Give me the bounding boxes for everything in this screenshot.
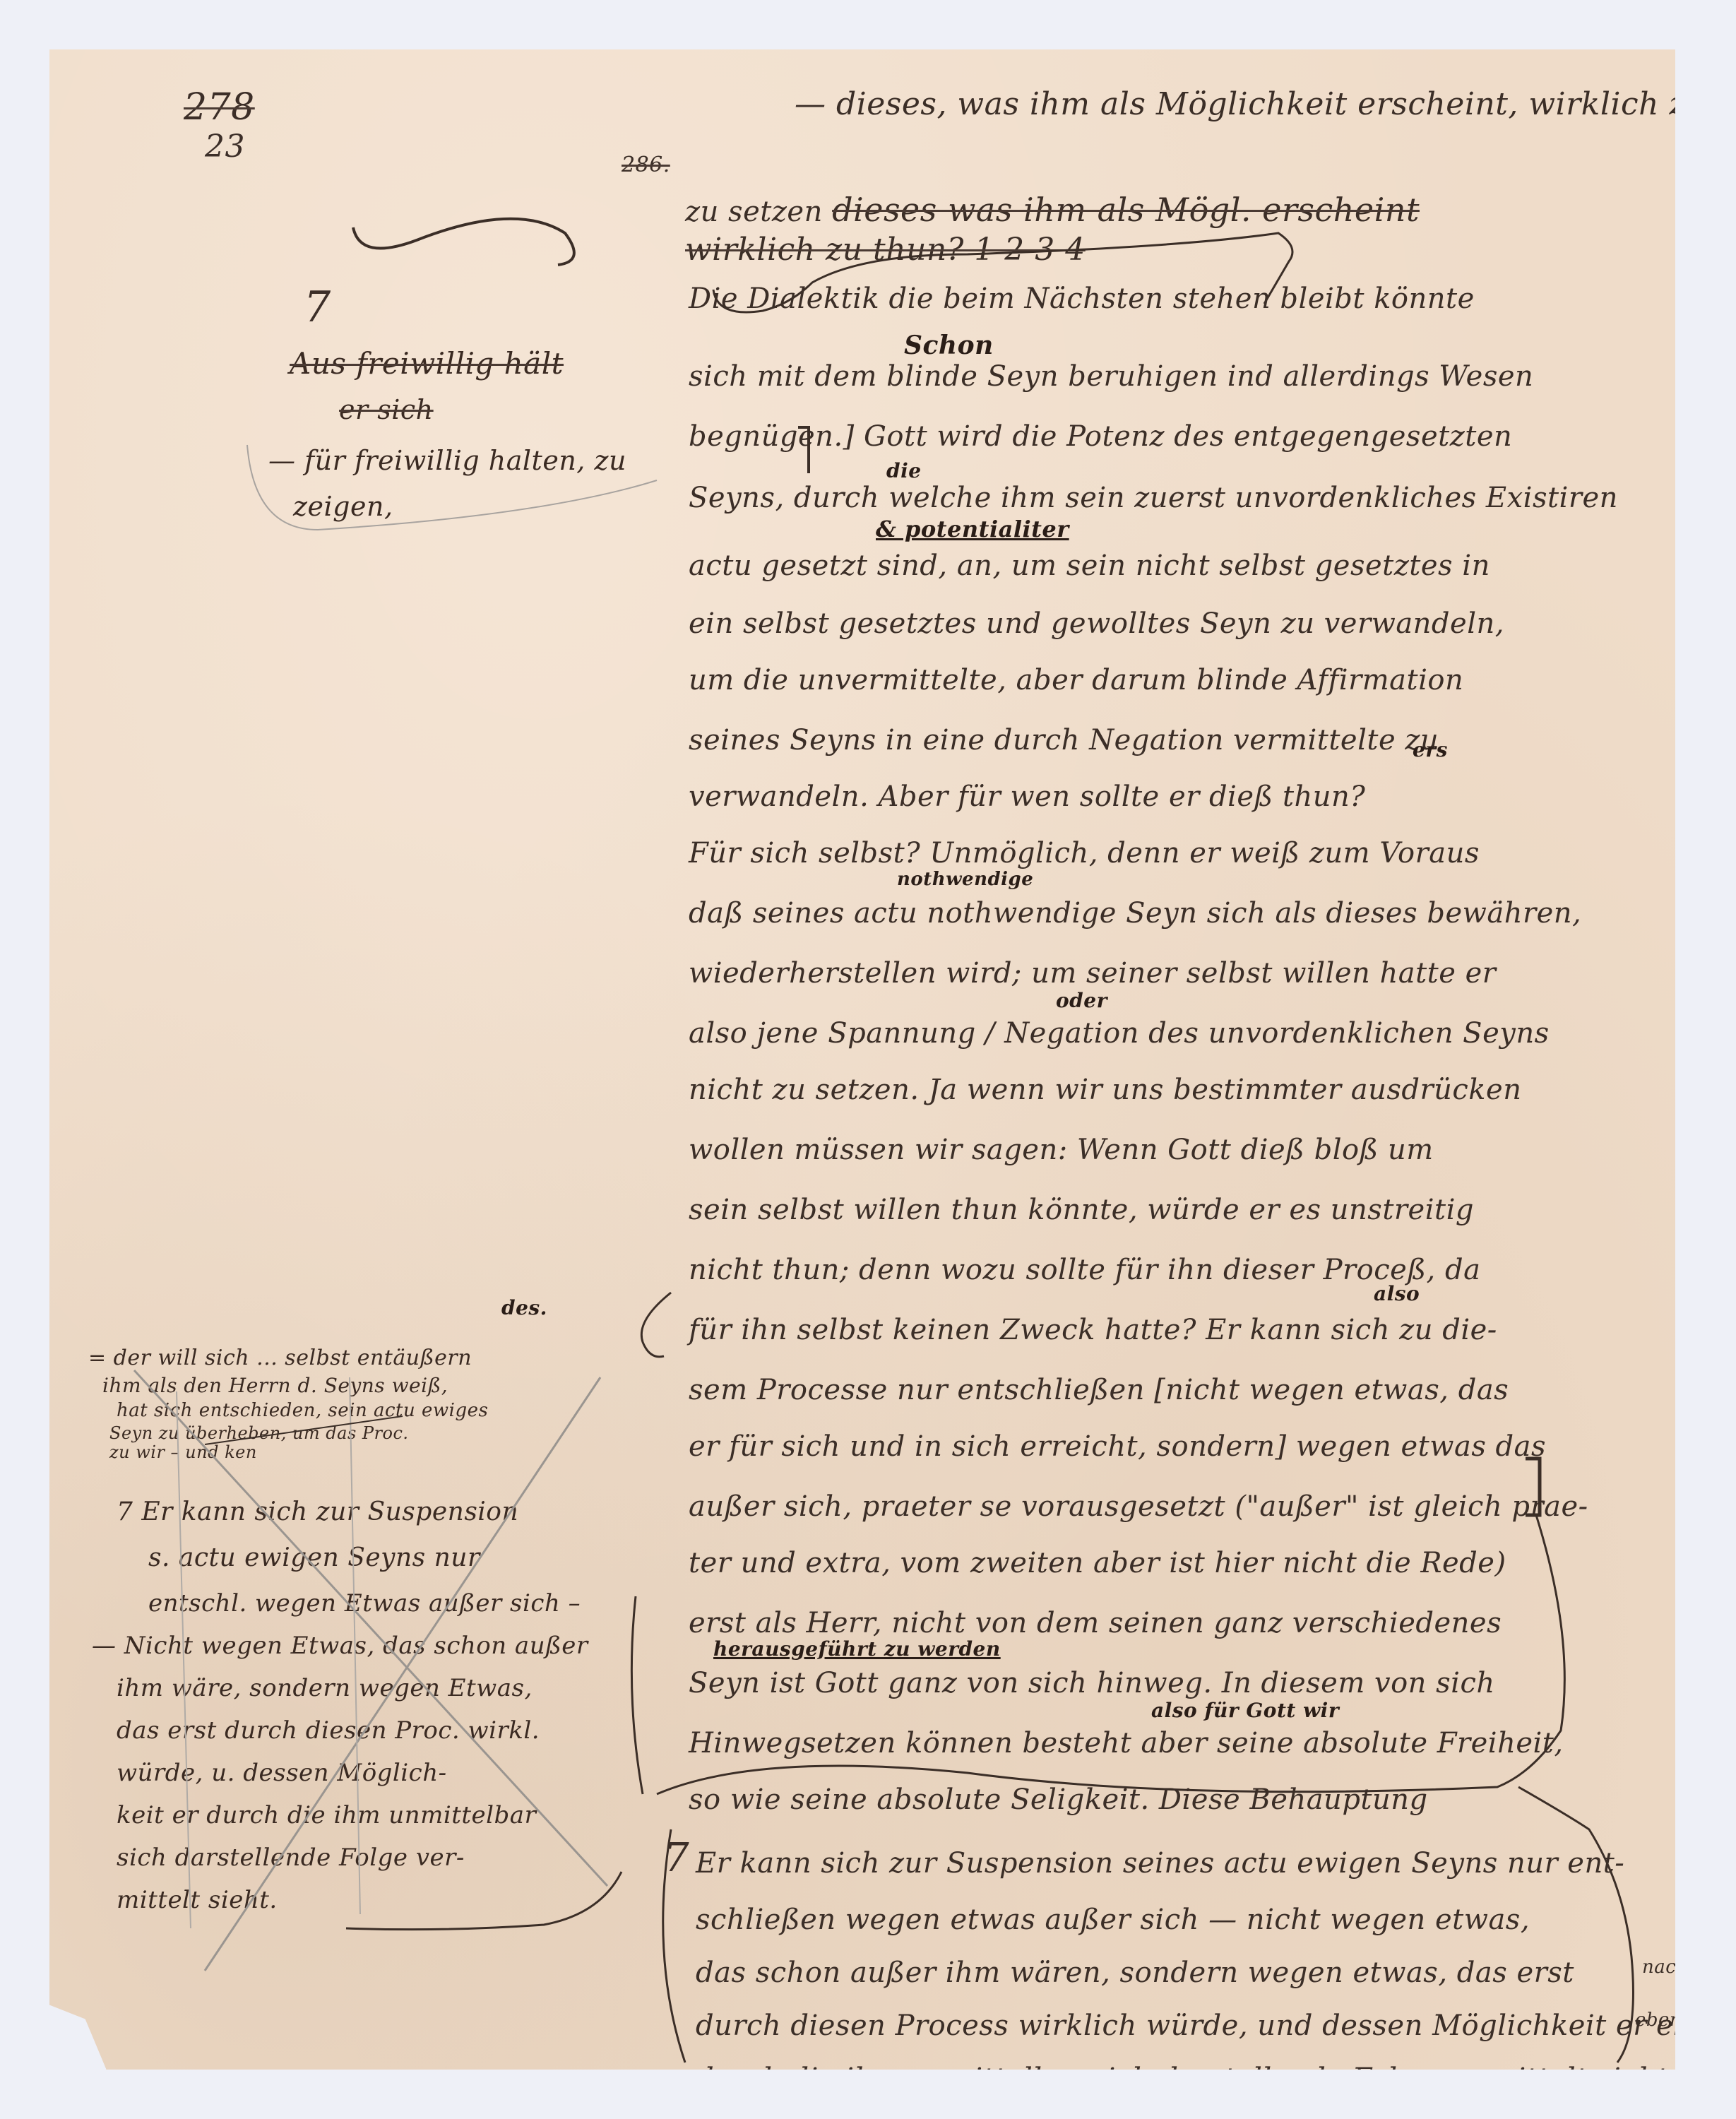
main-line: zu setzen dieses was ihm als Mögl. ersch… xyxy=(685,191,1420,229)
manuscript-page: 278 23 286. — dieses, was ihm als Möglic… xyxy=(49,49,1675,2070)
main-line: ein selbst gesetztes und gewolltes Seyn … xyxy=(689,607,1504,640)
margin-marker: 7 xyxy=(304,283,331,332)
insertion: nothwendige xyxy=(897,869,1033,890)
insertion: & potentialiter xyxy=(876,516,1069,542)
insert-line: schließen wegen etwas außer sich — nicht… xyxy=(696,1904,1530,1936)
main-line: so wie seine absolute Seligkeit. Diese B… xyxy=(689,1783,1428,1816)
insertion: also xyxy=(1374,1282,1420,1305)
margin-note-above: des. xyxy=(501,1296,547,1319)
header-line: — dieses, was ihm als Möglichkeit ersche… xyxy=(795,86,1736,122)
main-line: Die Dialektik die beim Nächsten stehen b… xyxy=(689,283,1475,315)
margin-line: sich darstellende Folge ver- xyxy=(117,1844,465,1872)
main-line: sem Processe nur entschließen [nicht weg… xyxy=(689,1374,1509,1406)
main-line: seines Seyns in eine durch Negation verm… xyxy=(689,724,1439,756)
margin-line: = der will sich ... selbst entäußern xyxy=(88,1346,472,1370)
loop-stroke xyxy=(641,1293,671,1357)
margin-line: s. actu ewigen Seyns nur xyxy=(148,1543,480,1572)
main-line: verwandeln. Aber für wen sollte er dieß … xyxy=(689,780,1365,813)
main-line: sein selbst willen thun könnte, würde er… xyxy=(689,1194,1474,1226)
folio-number: 23 xyxy=(205,129,245,165)
margin-line: — für freiwillig halten, zu xyxy=(268,445,626,476)
margin-line: mittelt sieht. xyxy=(117,1886,278,1914)
margin-line: entschl. wegen Etwas außer sich – xyxy=(148,1589,581,1618)
main-line: Hinwegsetzen können besteht aber seine a… xyxy=(689,1727,1564,1759)
margin-line: würde, u. dessen Möglich- xyxy=(117,1759,447,1787)
insertion-marker: 7 xyxy=(664,1835,689,1881)
margin-line: — Nicht wegen Etwas, das schon außer xyxy=(92,1632,588,1660)
main-line: sich mit dem blinde Seyn beruhigen ind a… xyxy=(689,360,1533,393)
margin-line: ihm wäre, sondern wegen Etwas, xyxy=(117,1674,533,1702)
margin-line: hat sich entschieden, sein actu ewiges xyxy=(117,1400,488,1421)
main-line-struck: wirklich zu thun? 1 2 3 4 xyxy=(685,232,1086,268)
main-line: Seyn ist Gott ganz von sich hinweg. In d… xyxy=(689,1667,1495,1699)
margin-line: Seyn zu überheben, um das Proc. xyxy=(109,1423,409,1443)
main-line: begnügen.] Gott wird die Potenz des entg… xyxy=(689,420,1512,453)
margin-line: 7 Er kann sich zur Suspension xyxy=(117,1497,518,1526)
main-line: Für sich selbst? Unmöglich, denn er weiß… xyxy=(689,837,1480,869)
main-line: ter und extra, vom zweiten aber ist hier… xyxy=(689,1547,1506,1579)
main-line: erst als Herr, nicht von dem seinen ganz… xyxy=(689,1607,1502,1639)
margin-line: keit er durch die ihm unmittelbar xyxy=(117,1801,536,1829)
insert-line: Er kann sich zur Suspension seines actu … xyxy=(696,1847,1624,1880)
main-line: daß seines actu nothwendige Seyn sich al… xyxy=(689,897,1581,930)
margin-struck-line: er sich xyxy=(339,394,434,425)
main-line: er für sich und in sich erreicht, sonder… xyxy=(689,1430,1546,1463)
main-line: um die unvermittelte, aber darum blinde … xyxy=(689,664,1463,696)
margin-enclosure-stroke xyxy=(346,1872,622,1930)
insertion: Schon xyxy=(904,331,994,360)
insertion: ers xyxy=(1413,738,1448,761)
insert-line: durch diesen Process wirklich würde, und… xyxy=(696,2010,1728,2042)
main-line: wiederherstellen wird; um seiner selbst … xyxy=(689,957,1496,990)
main-line: nicht thun; denn wozu sollte für ihn die… xyxy=(689,1254,1480,1286)
margin-struck-line: Aus freiwillig hält xyxy=(290,346,564,381)
margin-line: zu wir – und ken xyxy=(109,1442,257,1462)
old-page-number: 286. xyxy=(622,153,670,177)
insertion: herausgeführt zu werden xyxy=(713,1637,1001,1661)
insert-line: durch die ihm unmittelbar sich darstelle… xyxy=(696,2062,1678,2095)
decorative-curve-stroke xyxy=(353,219,574,265)
main-line: nicht zu setzen. Ja wenn wir uns bestimm… xyxy=(689,1074,1521,1106)
main-line: also jene Spannung / Negation des unvord… xyxy=(689,1017,1550,1050)
insertion: die xyxy=(886,459,922,482)
margin-line: zeigen, xyxy=(293,491,393,522)
old-folio-number: 278 xyxy=(184,86,255,129)
line-text: zu setzen xyxy=(685,196,823,228)
insertion: oder xyxy=(1056,989,1107,1012)
edge-fragment: nach xyxy=(1642,1957,1689,1978)
main-line: außer sich, praeter se vorausgesetzt ("a… xyxy=(689,1490,1588,1523)
main-line: wollen müssen wir sagen: Wenn Gott dieß … xyxy=(689,1134,1434,1166)
margin-line: ihm als den Herrn d. Seyns weiß, xyxy=(102,1374,448,1397)
struck-text: dieses was ihm als Mögl. erscheint xyxy=(832,191,1420,229)
main-line: für ihn selbst keinen Zweck hatte? Er ka… xyxy=(689,1314,1497,1346)
insertion: also für Gott wir xyxy=(1151,1699,1339,1722)
insert-line: das schon außer ihm wären, sondern wegen… xyxy=(696,1957,1574,1989)
main-line: Seyns, durch welche ihm sein zuerst unvo… xyxy=(689,482,1618,514)
edge-fragment: eben xyxy=(1635,2010,1682,2031)
margin-line: das erst durch diesen Proc. wirkl. xyxy=(117,1716,540,1745)
main-line: actu gesetzt sind, an, um sein nicht sel… xyxy=(689,550,1490,582)
